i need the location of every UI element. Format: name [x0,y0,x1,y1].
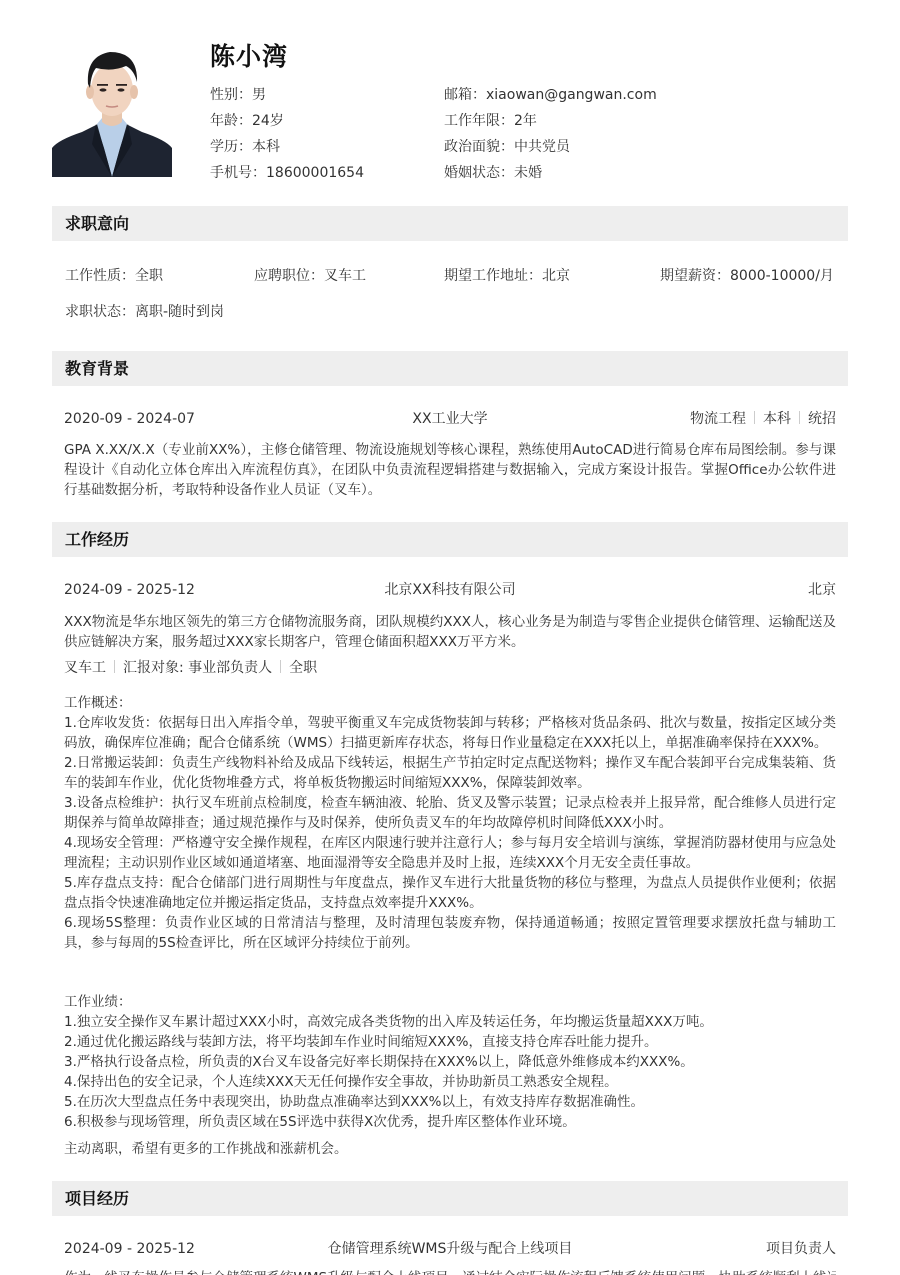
profile-header: 陈小湾 性别：男 年龄：24岁 学历：本科 手机号：18600001654 邮箱… [52,40,852,180]
achievement-item: 6.积极参与现场管理，所负责区域在5S评选中获得X次优秀，提升库区整体作业环境。 [64,1112,836,1132]
work-tags: 叉车工汇报对象: 事业部负责人全职 [64,658,836,678]
overview-item: 6.现场5S整理：负责作业区域的日常清洁与整理，及时清理包装废弃物，保持通道畅通… [64,913,836,953]
section-header-education: 教育背景 [52,351,848,386]
education-description: GPA X.XX/X.X（专业前XX%），主修仓储管理、物流设施规划等核心课程，… [64,440,836,500]
work-company: 北京XX科技有限公司 [64,580,836,600]
section-header-intent: 求职意向 [52,206,848,241]
info-work-years: 工作年限：2年 [444,108,657,134]
overview-item: 1.仓库收发货：依据每日出入库指令单，驾驶平衡重叉车完成货物装卸与转移；严格核对… [64,713,836,753]
intent-label: 期望工作地址： [444,268,542,284]
info-education: 学历：本科 [210,134,364,160]
intent-label: 期望薪资： [660,268,730,284]
work-city: 北京 [808,580,836,600]
intent-value: 叉车工 [324,268,366,284]
overview-item: 4.现场安全管理：严格遵守安全操作规程，在库区内限速行驶并注意行人；参与每月安全… [64,833,836,873]
education-summary-row: 2020-09 - 2024-07 XX工业大学 物流工程本科统招 [64,409,836,429]
work-overview: 工作概述： 1.仓库收发货：依据每日出入库指令单，驾驶平衡重叉车完成货物装卸与转… [64,693,836,953]
info-political-status: 政治面貌：中共党员 [444,134,657,160]
divider [799,411,800,424]
intent-position: 应聘职位：叉车工 [254,265,366,285]
intent-value: 北京 [542,268,570,284]
overview-item: 2.日常搬运装卸：负责生产线物料补给及成品下线转运，根据生产节拍定时定点配送物料… [64,753,836,793]
achievement-item: 5.在历次大型盘点任务中表现突出，协助盘点准确率达到XXX%以上，有效支持库存数… [64,1092,836,1112]
section-title: 求职意向 [65,206,129,241]
divider [280,660,281,673]
achievement-item: 2.通过优化搬运路线与装卸方法，将平均装卸车作业时间缩短XXX%，直接支持仓库吞… [64,1032,836,1052]
info-label: 婚姻状态： [444,165,514,181]
overview-item: 3.设备点检维护：执行叉车班前点检制度，检查车辆油液、轮胎、货叉及警示装置；记录… [64,793,836,833]
education-type: 统招 [808,411,836,427]
overview-item: 5.库存盘点支持：配合仓储部门进行周期性与年度盘点，操作叉车进行大批量货物的移位… [64,873,836,913]
intent-salary: 期望薪资：8000-10000/月 [660,265,834,285]
info-value: 24岁 [252,113,284,129]
info-label: 性别： [210,87,252,103]
info-marital-status: 婚姻状态：未婚 [444,160,657,186]
divider [114,660,115,673]
company-intro: XXX物流是华东地区领先的第三方仓储物流服务商，团队规模约XXX人，核心业务是为… [64,612,836,652]
info-phone: 手机号：18600001654 [210,160,364,186]
info-value: 未婚 [514,165,542,181]
intent-job-type: 工作性质：全职 [65,265,163,285]
intent-label: 求职状态： [65,304,135,320]
info-value: 中共党员 [514,139,570,155]
achievement-item: 4.保持出色的安全记录，个人连续XXX天无任何操作安全事故，并协助新员工熟悉安全… [64,1072,836,1092]
achievement-item: 3.严格执行设备点检，所负责的X台叉车设备完好率长期保持在XXX%以上，降低意外… [64,1052,836,1072]
info-label: 学历： [210,139,252,155]
project-name: 仓储管理系统WMS升级与配合上线项目 [64,1239,836,1259]
work-summary-row: 2024-09 - 2025-12 北京XX科技有限公司 北京 [64,580,836,600]
section-title: 工作经历 [65,522,129,557]
work-overview-title: 工作概述： [64,693,836,713]
intent-location: 期望工作地址：北京 [444,265,570,285]
info-value: 2年 [514,113,537,129]
info-label: 政治面貌： [444,139,514,155]
info-value: 本科 [252,139,280,155]
project-description: 作为一线叉车操作员参与仓储管理系统WMS升级与配合上线项目，通过结合实际操作流程… [64,1268,836,1275]
work-tag-report-to: 汇报对象: 事业部负责人 [123,660,272,676]
section-title: 教育背景 [65,351,129,386]
info-value: 18600001654 [266,165,364,181]
education-degree: 本科 [763,411,791,427]
basic-info-right: 邮箱：xiaowan@gangwan.com 工作年限：2年 政治面貌：中共党员… [444,82,657,186]
work-tag-type: 全职 [289,660,317,676]
intent-label: 工作性质： [65,268,135,284]
info-label: 工作年限： [444,113,514,129]
section-title: 项目经历 [65,1181,129,1216]
divider [754,411,755,424]
work-achievements: 工作业绩： 1.独立安全操作叉车累计超过XXX小时，高效完成各类货物的出入库及转… [64,992,836,1132]
achievement-item: 1.独立安全操作叉车累计超过XXX小时，高效完成各类货物的出入库及转运任务，年均… [64,1012,836,1032]
info-age: 年龄：24岁 [210,108,364,134]
info-label: 邮箱： [444,87,486,103]
education-details: 物流工程本科统招 [690,409,836,429]
profile-photo [52,44,172,177]
work-tag-position: 叉车工 [64,660,106,676]
info-value: 男 [252,87,266,103]
education-major: 物流工程 [690,411,746,427]
info-value: xiaowan@gangwan.com [486,87,657,103]
info-email: 邮箱：xiaowan@gangwan.com [444,82,657,108]
info-gender: 性别：男 [210,82,364,108]
person-photo-icon [52,44,172,177]
intent-label: 应聘职位： [254,268,324,284]
info-label: 年龄： [210,113,252,129]
intent-value: 8000-10000/月 [730,268,834,284]
intent-value: 离职-随时到岗 [135,304,224,320]
work-achievements-title: 工作业绩： [64,992,836,1012]
project-summary-row: 2024-09 - 2025-12 仓储管理系统WMS升级与配合上线项目 项目负… [64,1239,836,1259]
work-tags-list: 叉车工汇报对象: 事业部负责人全职 [64,658,317,678]
basic-info-left: 性别：男 年龄：24岁 学历：本科 手机号：18600001654 [210,82,364,186]
intent-value: 全职 [135,268,163,284]
project-role: 项目负责人 [766,1239,836,1259]
candidate-name: 陈小湾 [210,37,288,73]
section-header-work: 工作经历 [52,522,848,557]
leave-reason: 主动离职，希望有更多的工作挑战和涨薪机会。 [64,1139,836,1159]
section-header-project: 项目经历 [52,1181,848,1216]
info-label: 手机号： [210,165,266,181]
intent-status: 求职状态：离职-随时到岗 [65,301,224,321]
